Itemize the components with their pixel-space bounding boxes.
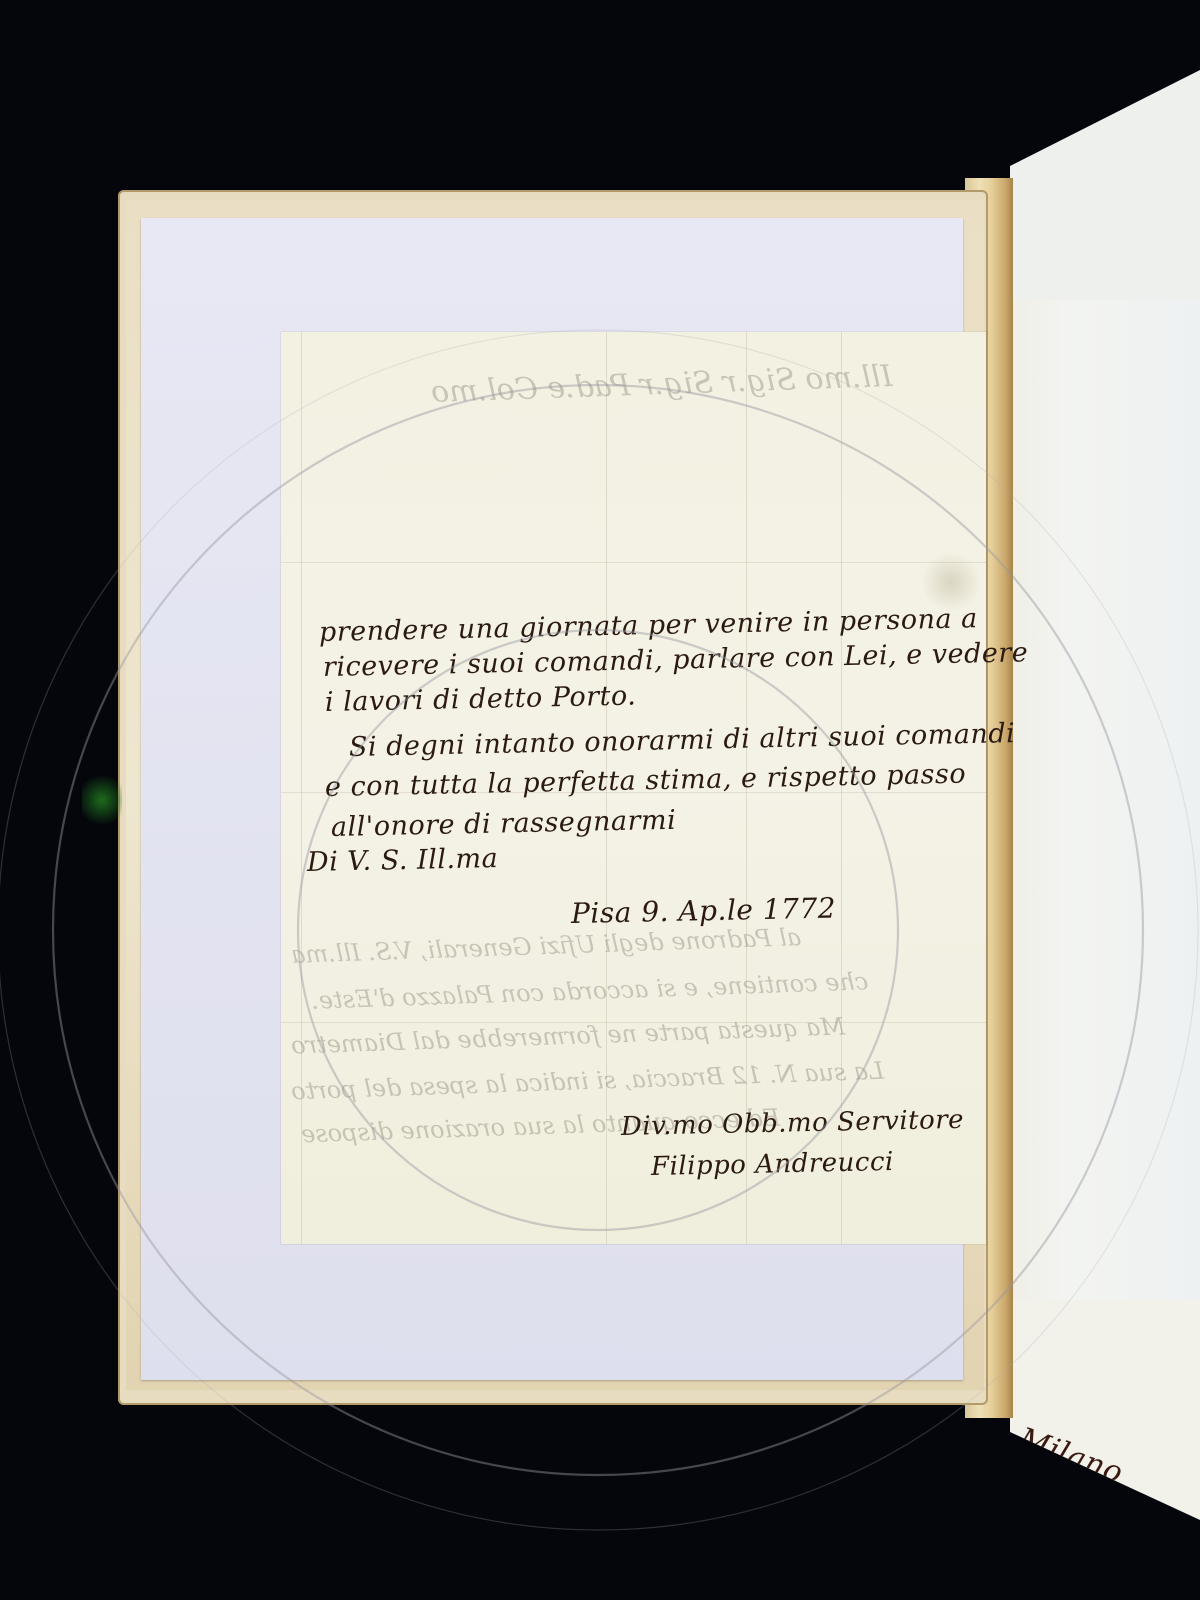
- letter-dateline: Pisa 9. Ap.le 1772: [571, 891, 837, 930]
- letter-salutation: Di V. S. Ill.ma: [307, 843, 499, 878]
- bleed-through-line: La sua N. 12 Braccia, si indica la spesa…: [291, 1057, 885, 1106]
- bleed-through-line: che contiene, e si accorda con Palazzo d…: [311, 967, 869, 1014]
- letter-closing: Div.mo Obb.mo Servitore: [621, 1105, 965, 1142]
- right-page-bottom: Milano: [1010, 1300, 1200, 1520]
- bleed-through-heading: Ill.mo Sig.r Sig.r Pad.e Col.mo: [431, 359, 894, 410]
- letter-line: i lavori di detto Porto.: [325, 680, 637, 718]
- right-page-top: [1010, 70, 1200, 310]
- letter-line-text: i lavori di detto Porto.: [325, 680, 637, 718]
- bleed-through-line: al Padrone degli Ufizi Generali, V.S. Il…: [291, 923, 802, 969]
- right-page-text: Milano: [1014, 1421, 1128, 1491]
- mold-stain: [82, 770, 122, 830]
- letter-line: Si degni intanto onorarmi di altri suoi …: [349, 718, 1016, 763]
- right-page: [1010, 300, 1200, 1310]
- letter-line: e con tutta la perfetta stima, e rispett…: [325, 759, 967, 803]
- fold-line: [301, 332, 302, 1244]
- letter-signature: Filippo Andreucci: [651, 1147, 894, 1182]
- letter-sheet: Ill.mo Sig.r Sig.r Pad.e Col.mo al Padro…: [281, 332, 986, 1244]
- fold-line: [281, 562, 986, 563]
- letter-line: all'onore di rassegnarmi: [331, 805, 677, 843]
- bleed-through-line: Ma questa parte ne formerebbe dal Diamet…: [291, 1012, 846, 1059]
